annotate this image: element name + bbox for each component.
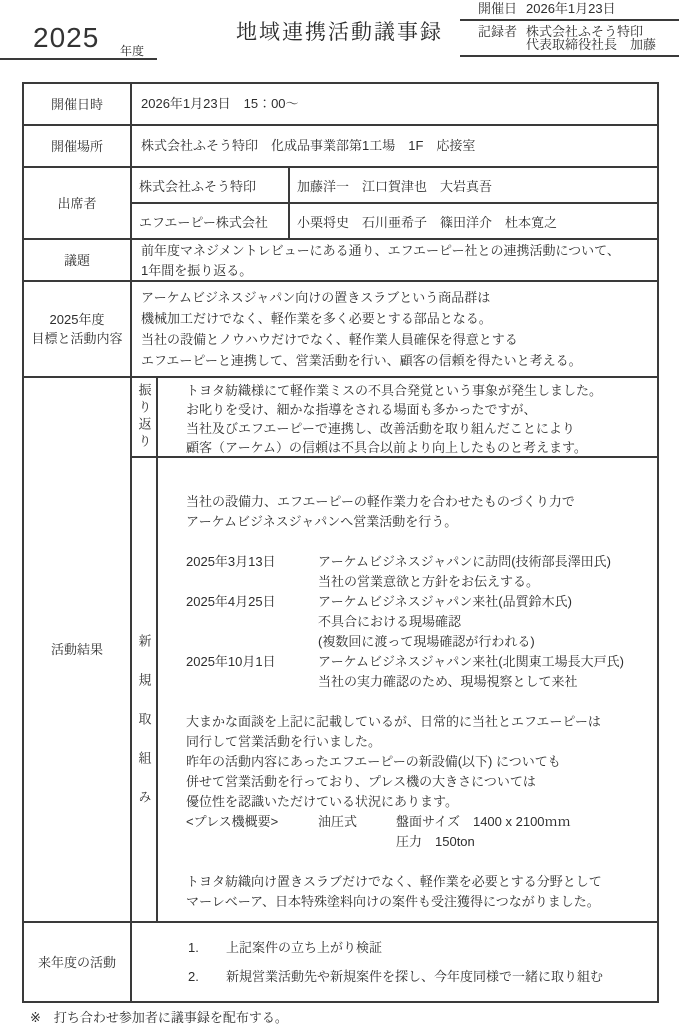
- attendees-rows: 株式会社ふそう特印 加藤洋一 江口賀津也 大岩真吾 エフエーピー株式会社 小栗将…: [132, 168, 657, 238]
- row-goals: 2025年度 目標と活動内容 アーケムビジネスジャパン向けの置きスラブという商品…: [24, 282, 657, 378]
- results-review-row: 振り返り トヨタ紡織様にて軽作業ミスの不具合発覚という事象が発生しました。 お叱…: [132, 378, 657, 458]
- list-item-text: 上記案件の立ち上がり検証: [226, 938, 603, 958]
- minutes-document: 2025 年度 地域連携活動議事録 開催日 2026年1月23日 記録者 株式会…: [0, 0, 679, 1024]
- new-strip-label: 新規取組み: [132, 458, 158, 921]
- results-new-row: 新規取組み 当社の設備力、エフエーピーの軽作業力を合わせたものづくり力で アーケ…: [132, 458, 657, 921]
- next-year-label: 来年度の活動: [24, 923, 132, 1001]
- results-label: 活動結果: [24, 378, 132, 921]
- review-text: トヨタ紡織様にて軽作業ミスの不具合発覚という事象が発生しました。 お叱りを受け、…: [158, 378, 657, 456]
- timeline-desc: アーケムビジネスジャパンに訪問(技術部長澤田氏) 当社の営業意欲と方針をお伝えす…: [318, 552, 657, 592]
- held-date-row: 開催日 2026年1月23日: [460, 1, 679, 21]
- recorder-label: 記録者: [478, 21, 526, 40]
- attendees-names-guest: 小栗将史 石川亜希子 篠田洋介 杜本寛之: [290, 204, 657, 238]
- row-results: 活動結果 振り返り トヨタ紡織様にて軽作業ミスの不具合発覚という事象が発生しまし…: [24, 378, 657, 923]
- timeline-date: 2025年3月13日: [186, 552, 318, 592]
- attendees-names-host: 加藤洋一 江口賀津也 大岩真吾: [290, 168, 657, 202]
- results-subtable: 振り返り トヨタ紡織様にて軽作業ミスの不具合発覚という事象が発生しました。 お叱…: [132, 378, 657, 921]
- row-attendees: 出席者 株式会社ふそう特印 加藤洋一 江口賀津也 大岩真吾 エフエーピー株式会社…: [24, 168, 657, 240]
- next-year-content: 1. 上記案件の立ち上がり検証 2. 新規営業活動先や新規案件を探し、今年度同様…: [132, 923, 657, 1001]
- attendees-company-guest: エフエーピー株式会社: [132, 204, 290, 238]
- minutes-table: 開催日時 2026年1月23日 15：00～ 開催場所 株式会社ふそう特印 化成…: [22, 82, 659, 1003]
- list-item-number: 1.: [188, 938, 226, 958]
- timeline-desc: アーケムビジネスジャパン来社(北関東工場長大戸氏) 当社の実力確認のため、現場視…: [318, 652, 657, 692]
- attendees-row-guest: エフエーピー株式会社 小栗将史 石川亜希子 篠田洋介 杜本寛之: [132, 204, 657, 238]
- attendees-row-host: 株式会社ふそう特印 加藤洋一 江口賀津也 大岩真吾: [132, 168, 657, 204]
- row-next-year: 来年度の活動 1. 上記案件の立ち上がり検証 2. 新規営業活動先や新規案件を探…: [24, 923, 657, 1001]
- review-strip-label: 振り返り: [132, 378, 158, 456]
- held-date-value: 2026年1月23日: [526, 0, 679, 17]
- new-intro: 当社の設備力、エフエーピーの軽作業力を合わせたものづくり力で アーケムビジネスジ…: [186, 492, 657, 532]
- next-year-list: 1. 上記案件の立ち上がり検証 2. 新規営業活動先や新規案件を探し、今年度同様…: [188, 938, 603, 987]
- timeline-desc: アーケムビジネスジャパン来社(品質鈴木氏) 不具合における現場確認 (複数回に渡…: [318, 592, 657, 652]
- recorder-signer: 代表取締役社長 加藤: [526, 34, 679, 53]
- spacer: [186, 532, 657, 552]
- year-underline: [0, 58, 157, 60]
- press-type: 油圧式: [318, 812, 396, 852]
- agenda-label: 議題: [24, 240, 132, 280]
- place-value: 株式会社ふそう特印 化成品事業部第1工場 1F 応接室: [132, 126, 657, 166]
- header-meta-block: 開催日 2026年1月23日 記録者 株式会社ふそう特印 代表取締役社長 加藤: [460, 1, 679, 57]
- distribution-note: ※ 打ち合わせ参加者に議事録を配布する。: [30, 1007, 288, 1024]
- recorder-signer-row: 代表取締役社長 加藤: [460, 40, 679, 57]
- goals-value: アーケムビジネスジャパン向けの置きスラブという商品群は 機械加工だけでなく、軽作…: [132, 282, 657, 376]
- press-machine-spec: <プレス機概要> 油圧式 盤面サイズ 1400 x 2100ｍｍ 圧力 150t…: [186, 812, 657, 852]
- datetime-label: 開催日時: [24, 84, 132, 124]
- list-item-text: 新規営業活動先や新規案件を探し、今年度同様で一緒に取り組む: [226, 967, 603, 987]
- held-date-label: 開催日: [478, 0, 526, 17]
- new-outcome: トヨタ紡織向け置きスラブだけでなく、軽作業を必要とする分野として マーレベーア、…: [186, 872, 657, 912]
- datetime-value: 2026年1月23日 15：00～: [132, 84, 657, 124]
- spacer: [186, 852, 657, 872]
- timeline-date: 2025年10月1日: [186, 652, 318, 692]
- place-label: 開催場所: [24, 126, 132, 166]
- row-datetime: 開催日時 2026年1月23日 15：00～: [24, 84, 657, 126]
- goals-label: 2025年度 目標と活動内容: [24, 282, 132, 376]
- spacer: [186, 692, 657, 712]
- new-initiatives-content: 当社の設備力、エフエーピーの軽作業力を合わせたものづくり力で アーケムビジネスジ…: [158, 458, 657, 921]
- row-agenda: 議題 前年度マネジメントレビューにある通り、エフエーピー社との連携活動について、…: [24, 240, 657, 282]
- agenda-value: 前年度マネジメントレビューにある通り、エフエーピー社との連携活動について、 1年…: [132, 240, 657, 280]
- attendees-label: 出席者: [24, 168, 132, 238]
- timeline-date: 2025年4月25日: [186, 592, 318, 652]
- attendees-company-host: 株式会社ふそう特印: [132, 168, 290, 202]
- press-specs: 盤面サイズ 1400 x 2100ｍｍ 圧力 150ton: [396, 812, 657, 852]
- list-item-number: 2.: [188, 967, 226, 987]
- new-summary: 大まかな面談を上記に記載しているが、日常的に当社とエフエーピーは 同行して営業活…: [186, 712, 657, 812]
- row-place: 開催場所 株式会社ふそう特印 化成品事業部第1工場 1F 応接室: [24, 126, 657, 168]
- visit-timeline: 2025年3月13日 アーケムビジネスジャパンに訪問(技術部長澤田氏) 当社の営…: [186, 552, 657, 692]
- press-label: <プレス機概要>: [186, 812, 318, 852]
